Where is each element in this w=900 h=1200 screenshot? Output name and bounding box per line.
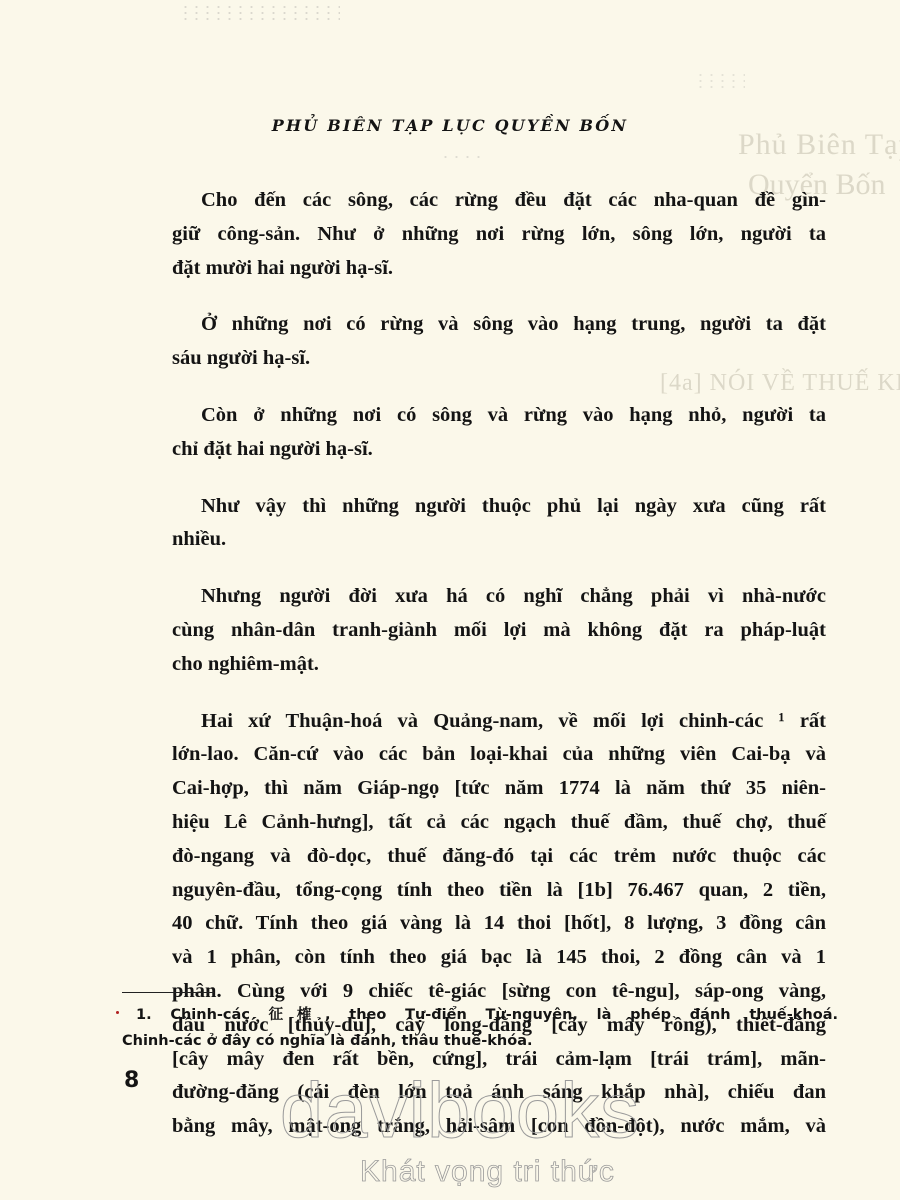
scan-specks	[440, 154, 480, 162]
text-line: 40 chữ. Tính theo giá vàng là 14 thoi [h…	[172, 907, 826, 941]
paragraph: Cho đến các sông, các rừng đều đặt các n…	[172, 184, 826, 285]
paragraph: Nhưng người đời xưa há có nghĩ chẳng phả…	[172, 580, 826, 681]
text-line: Cho đến các sông, các rừng đều đặt các n…	[172, 184, 826, 218]
footnote: 1. Chinh-các 征榷, theo Tự-điển Từ-nguyên,…	[122, 1002, 838, 1054]
running-title: PHỦ BIÊN TẠP LỤC QUYỀN BỐN	[0, 116, 900, 135]
text-line: Ở những nơi có rừng và sông vào hạng tru…	[172, 308, 826, 342]
text-line: lớn-lao. Căn-cứ vào các bản loại-khai củ…	[172, 738, 826, 772]
text-line: đò-ngang và đò-dọc, thuế đăng-đó tại các…	[172, 840, 826, 874]
scan-specks	[180, 4, 340, 22]
book-page: Phủ Biên Tạp Lục Quyển Bốn [4a] NÓI VỀ T…	[0, 0, 900, 1200]
text-line: chỉ đặt hai người hạ-sĩ.	[172, 433, 826, 467]
bullet-mark	[116, 1011, 119, 1014]
text-line: Như vậy thì những người thuộc phủ lại ng…	[172, 490, 826, 524]
page-number: 8	[124, 1068, 139, 1093]
footnote-line: Chinh-các ở đây có nghĩa là đánh, thâu t…	[122, 1028, 838, 1054]
footnote-line: 1. Chinh-các 征榷, theo Tự-điển Từ-nguyên,…	[122, 1002, 838, 1028]
paragraph: Ở những nơi có rừng và sông vào hạng tru…	[172, 308, 826, 376]
footnote-divider	[122, 992, 214, 993]
watermark-tagline: Khát vọng tri thức	[360, 1155, 660, 1189]
scan-specks	[695, 72, 745, 92]
text-line: Hai xứ Thuận-hoá và Quảng-nam, về mối lợ…	[172, 705, 826, 739]
paragraph: Như vậy thì những người thuộc phủ lại ng…	[172, 490, 826, 558]
text-line: giữ công-sản. Như ở những nơi rừng lớn, …	[172, 218, 826, 252]
text-line: Nhưng người đời xưa há có nghĩ chẳng phả…	[172, 580, 826, 614]
paragraph: Còn ở những nơi có sông và rừng vào hạng…	[172, 399, 826, 467]
text-line: đặt mười hai người hạ-sĩ.	[172, 252, 826, 286]
text-line: cùng nhân-dân tranh-giành mối lợi mà khô…	[172, 614, 826, 648]
text-line: nhiều.	[172, 523, 826, 557]
text-line: hiệu Lê Cảnh-hưng], tất cả các ngạch thu…	[172, 806, 826, 840]
text-line: nguyên-đầu, tổng-cọng tính theo tiền là …	[172, 874, 826, 908]
watermark-logo: davibooks	[250, 1070, 670, 1150]
text-line: Cai-hợp, thì năm Giáp-ngọ [tức năm 1774 …	[172, 772, 826, 806]
text-line: và 1 phân, còn tính theo giá bạc là 145 …	[172, 941, 826, 975]
text-line: cho nghiêm-mật.	[172, 648, 826, 682]
text-line: Còn ở những nơi có sông và rừng vào hạng…	[172, 399, 826, 433]
text-line: sáu người hạ-sĩ.	[172, 342, 826, 376]
